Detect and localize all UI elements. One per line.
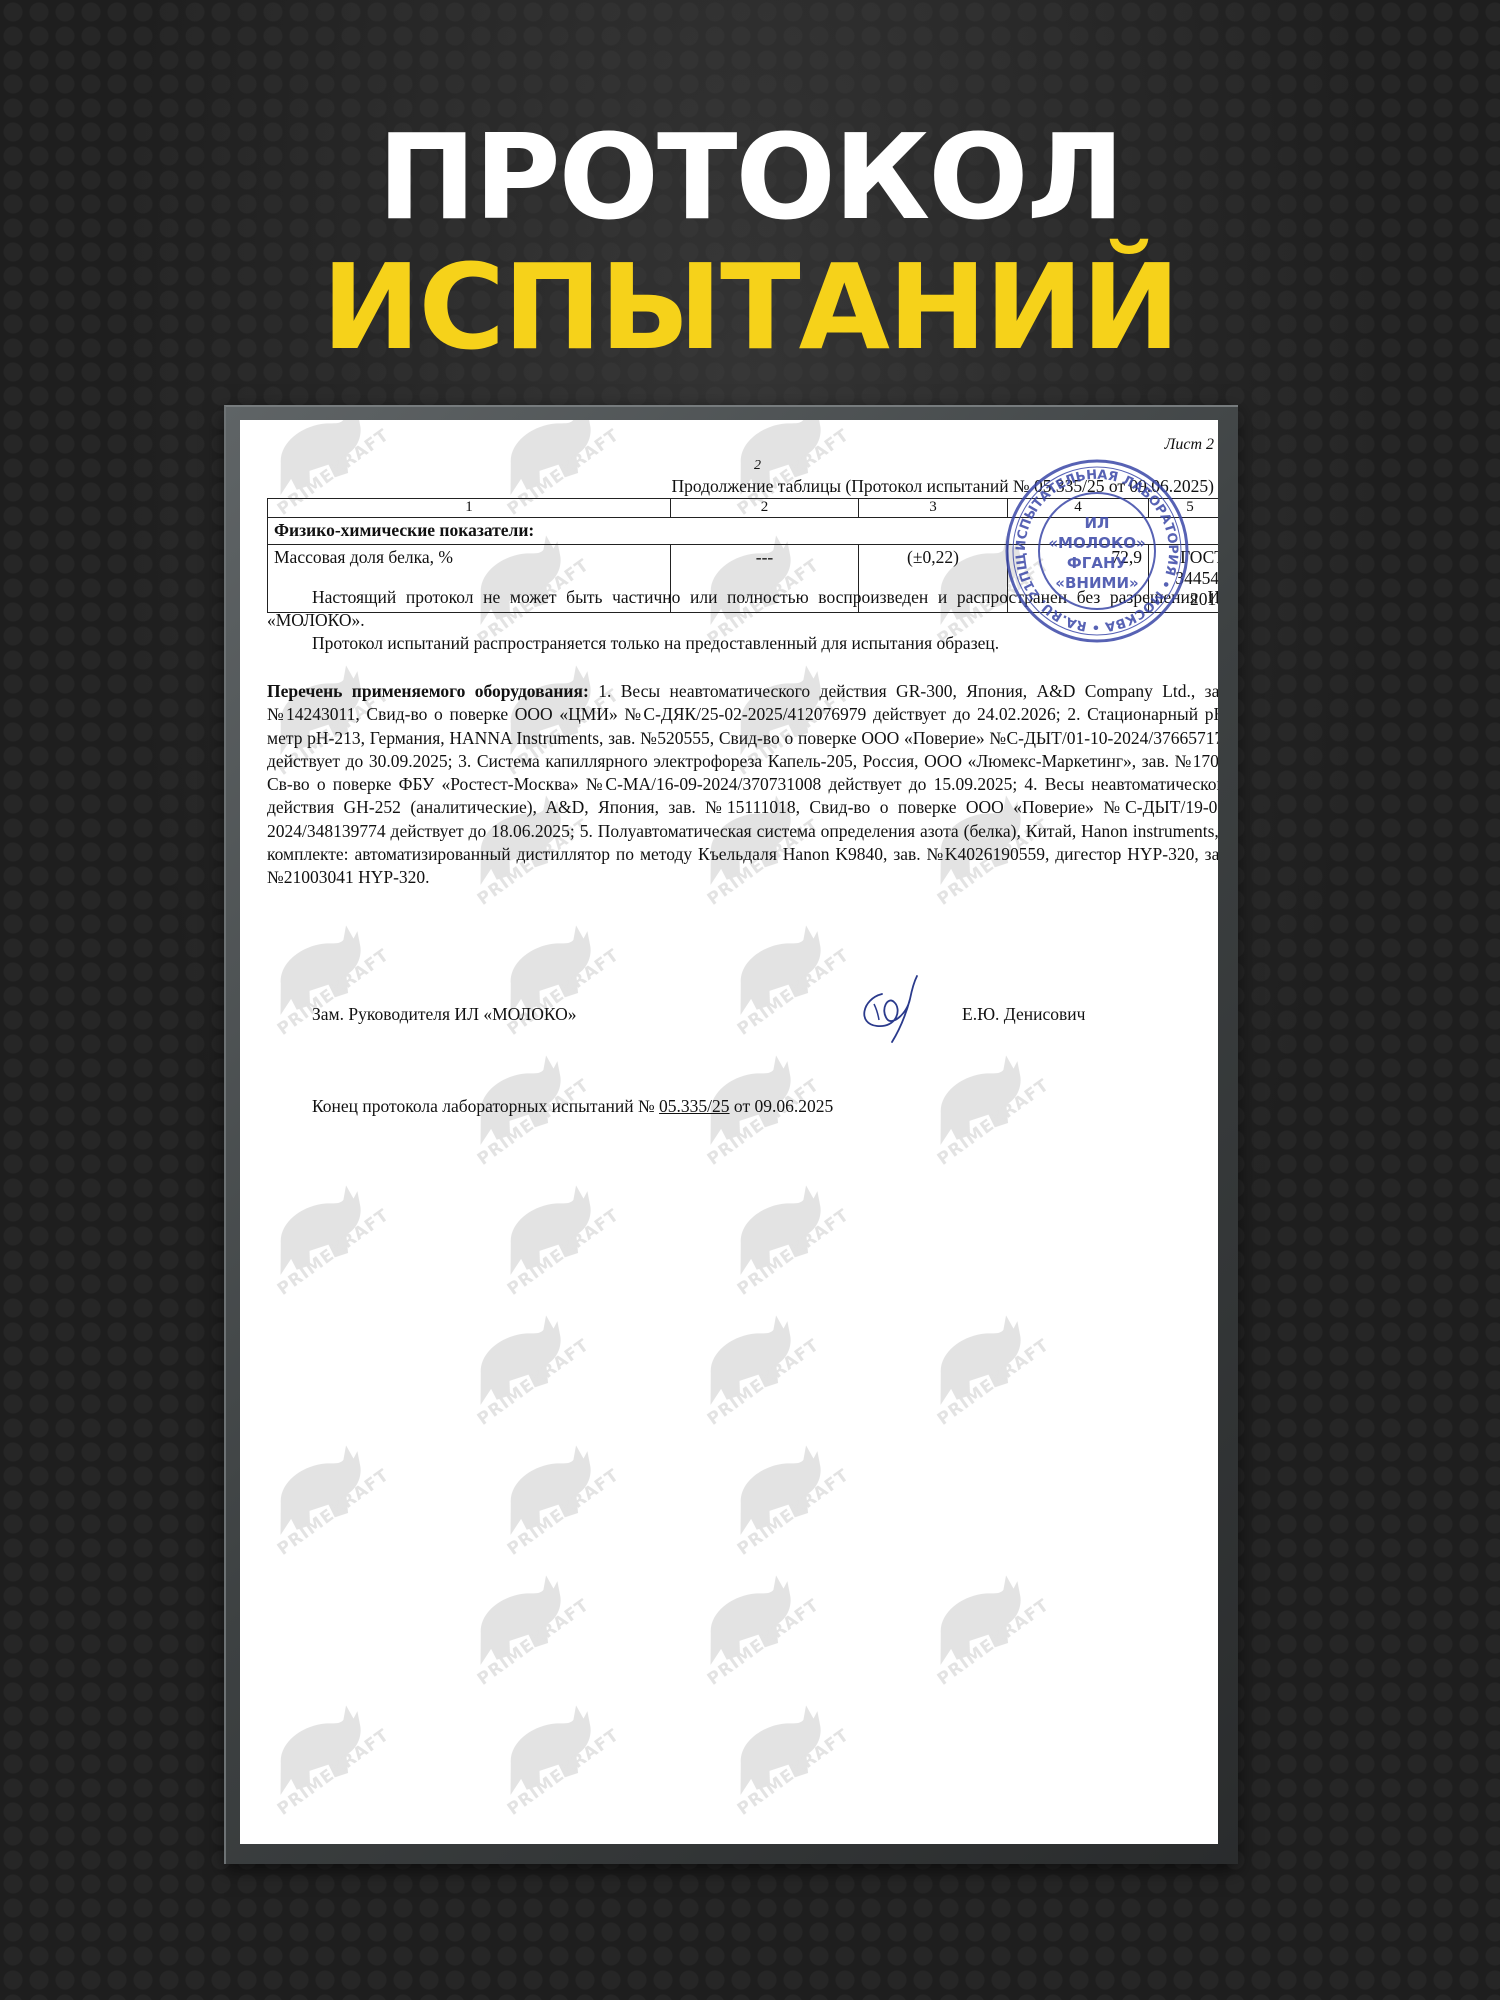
stamp-center-text: ФГАНУ bbox=[1067, 554, 1128, 572]
lab-stamp-icon: ИСПЫТАТЕЛЬНАЯ ЛАБОРАТОРИЯ • МОСКВА • RA.… bbox=[1002, 456, 1192, 646]
col-number: 3 bbox=[859, 499, 1008, 518]
equipment-label: Перечень применяемого оборудования: bbox=[267, 681, 589, 701]
watermark: PRIMEKRAFT bbox=[675, 1043, 836, 1197]
col-number: 1 bbox=[268, 499, 671, 518]
watermark: PRIMEKRAFT bbox=[705, 1173, 866, 1327]
watermark: PRIMEKRAFT bbox=[675, 1563, 836, 1717]
watermark: PRIMEKRAFT bbox=[475, 913, 636, 1067]
page-number: 2 bbox=[754, 458, 761, 474]
watermark: PRIMEKRAFT bbox=[705, 913, 866, 1067]
watermark: PRIMEKRAFT bbox=[445, 1303, 606, 1457]
watermark: PRIMEKRAFT bbox=[905, 1043, 1066, 1197]
signer-title: Зам. Руководителя ИЛ «МОЛОКО» bbox=[312, 1004, 577, 1025]
watermark: PRIMEKRAFT bbox=[445, 1563, 606, 1717]
watermark: PRIMEKRAFT bbox=[905, 1303, 1066, 1457]
headline-line-1: ПРОТОКОЛ bbox=[0, 118, 1500, 236]
stamp-center-text: ИЛ bbox=[1084, 514, 1109, 532]
stamp-center-text: «ВНИМИ» bbox=[1055, 574, 1138, 592]
signature-icon bbox=[852, 974, 932, 1044]
protocol-number: 05.335/25 bbox=[659, 1096, 730, 1116]
document-page: PRIMEKRAFTPRIMEKRAFTPRIMEKRAFTPRIMEKRAFT… bbox=[240, 420, 1218, 1844]
end-prefix: Конец протокола лабораторных испытаний № bbox=[312, 1096, 659, 1116]
protocol-end-line: Конец протокола лабораторных испытаний №… bbox=[312, 1096, 833, 1117]
equipment-list: Перечень применяемого оборудования: 1. В… bbox=[267, 680, 1218, 890]
watermark: PRIMEKRAFT bbox=[245, 1693, 406, 1844]
end-suffix: от 09.06.2025 bbox=[730, 1096, 834, 1116]
watermark: PRIMEKRAFT bbox=[675, 1303, 836, 1457]
watermark: PRIMEKRAFT bbox=[245, 1173, 406, 1327]
watermark: PRIMEKRAFT bbox=[245, 1433, 406, 1587]
watermark: PRIMEKRAFT bbox=[245, 913, 406, 1067]
watermark: PRIMEKRAFT bbox=[905, 1563, 1066, 1717]
signer-name: Е.Ю. Денисович bbox=[962, 1004, 1085, 1025]
col-number: 2 bbox=[671, 499, 859, 518]
watermark: PRIMEKRAFT bbox=[705, 1693, 866, 1844]
watermark: PRIMEKRAFT bbox=[705, 1433, 866, 1587]
stamp-center-text: «МОЛОКО» bbox=[1048, 534, 1145, 552]
headline-line-2: ИСПЫТАНИЙ bbox=[0, 248, 1500, 366]
sheet-label: Лист 2 bbox=[1165, 436, 1215, 454]
watermark: PRIMEKRAFT bbox=[475, 1693, 636, 1844]
equipment-text: 1. Весы неавтоматического действия GR-30… bbox=[267, 681, 1218, 887]
watermark: PRIMEKRAFT bbox=[445, 1043, 606, 1197]
watermark: PRIMEKRAFT bbox=[475, 1173, 636, 1327]
watermark: PRIMEKRAFT bbox=[475, 1433, 636, 1587]
